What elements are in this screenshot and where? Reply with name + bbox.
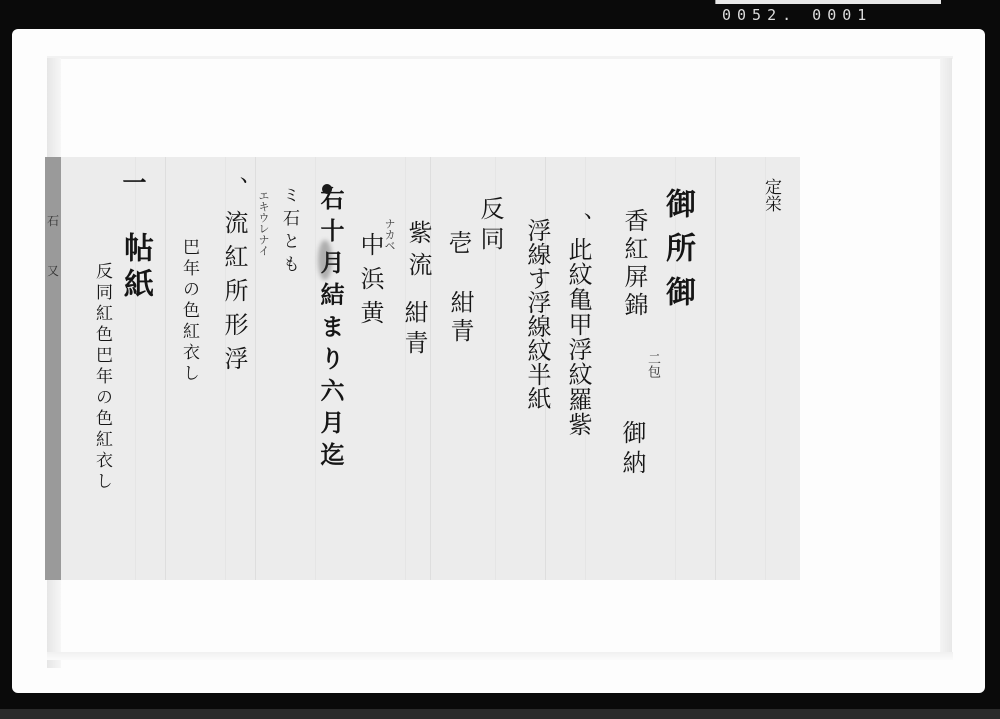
text-column: 右十月結まり六月迄 [318, 186, 342, 474]
mount-inner-bottom-edge [47, 652, 953, 660]
text-column: 紺青 [402, 300, 426, 360]
frame-counter: 0052. 0001 [722, 6, 872, 24]
ruby-annotation: エキウレナイ [258, 190, 269, 256]
fold-line [715, 157, 716, 580]
text-column: 反同 [478, 196, 502, 256]
fold-line [255, 157, 256, 580]
text-column: 御納 [620, 420, 644, 480]
edge-character: 石 [47, 212, 59, 229]
text-column: 反同紅色巴年の色紅衣し [93, 262, 110, 493]
text-column: 帖紙 [120, 232, 150, 304]
text-column: 紫流 [406, 220, 430, 284]
header-note: 定栄 [762, 178, 779, 212]
text-column: ミ石とも [280, 186, 297, 278]
mount-inner-top-edge [47, 56, 953, 59]
text-column: 、流紅所形浮 [222, 176, 246, 380]
text-column: 巴年の色紅衣し [180, 238, 197, 385]
edge-character: 又 [47, 262, 59, 279]
film-top-strip [715, 0, 941, 4]
text-column: 壱 [446, 230, 470, 254]
ink-smudge [318, 240, 332, 280]
ink-blot [322, 184, 332, 194]
text-column: 二包 [646, 352, 659, 378]
paper-left-dark-edge: 石 又 [45, 157, 61, 580]
text-column: 中浜黄 [358, 232, 382, 334]
document-title: 御所御 [662, 188, 692, 320]
text-column: 浮線す浮線紋半紙 [525, 218, 549, 410]
ruby-annotation: ナカベ [384, 218, 395, 251]
mount-inner-right-edge [940, 58, 952, 658]
film-bottom-band [0, 709, 1000, 719]
fold-line [165, 157, 166, 580]
text-column: 紺青 [448, 290, 472, 346]
text-column: 一 [120, 170, 144, 194]
text-column: 、此紋亀甲浮紋羅紫 [566, 212, 590, 437]
text-column: 香紅屏錦 [622, 208, 646, 320]
